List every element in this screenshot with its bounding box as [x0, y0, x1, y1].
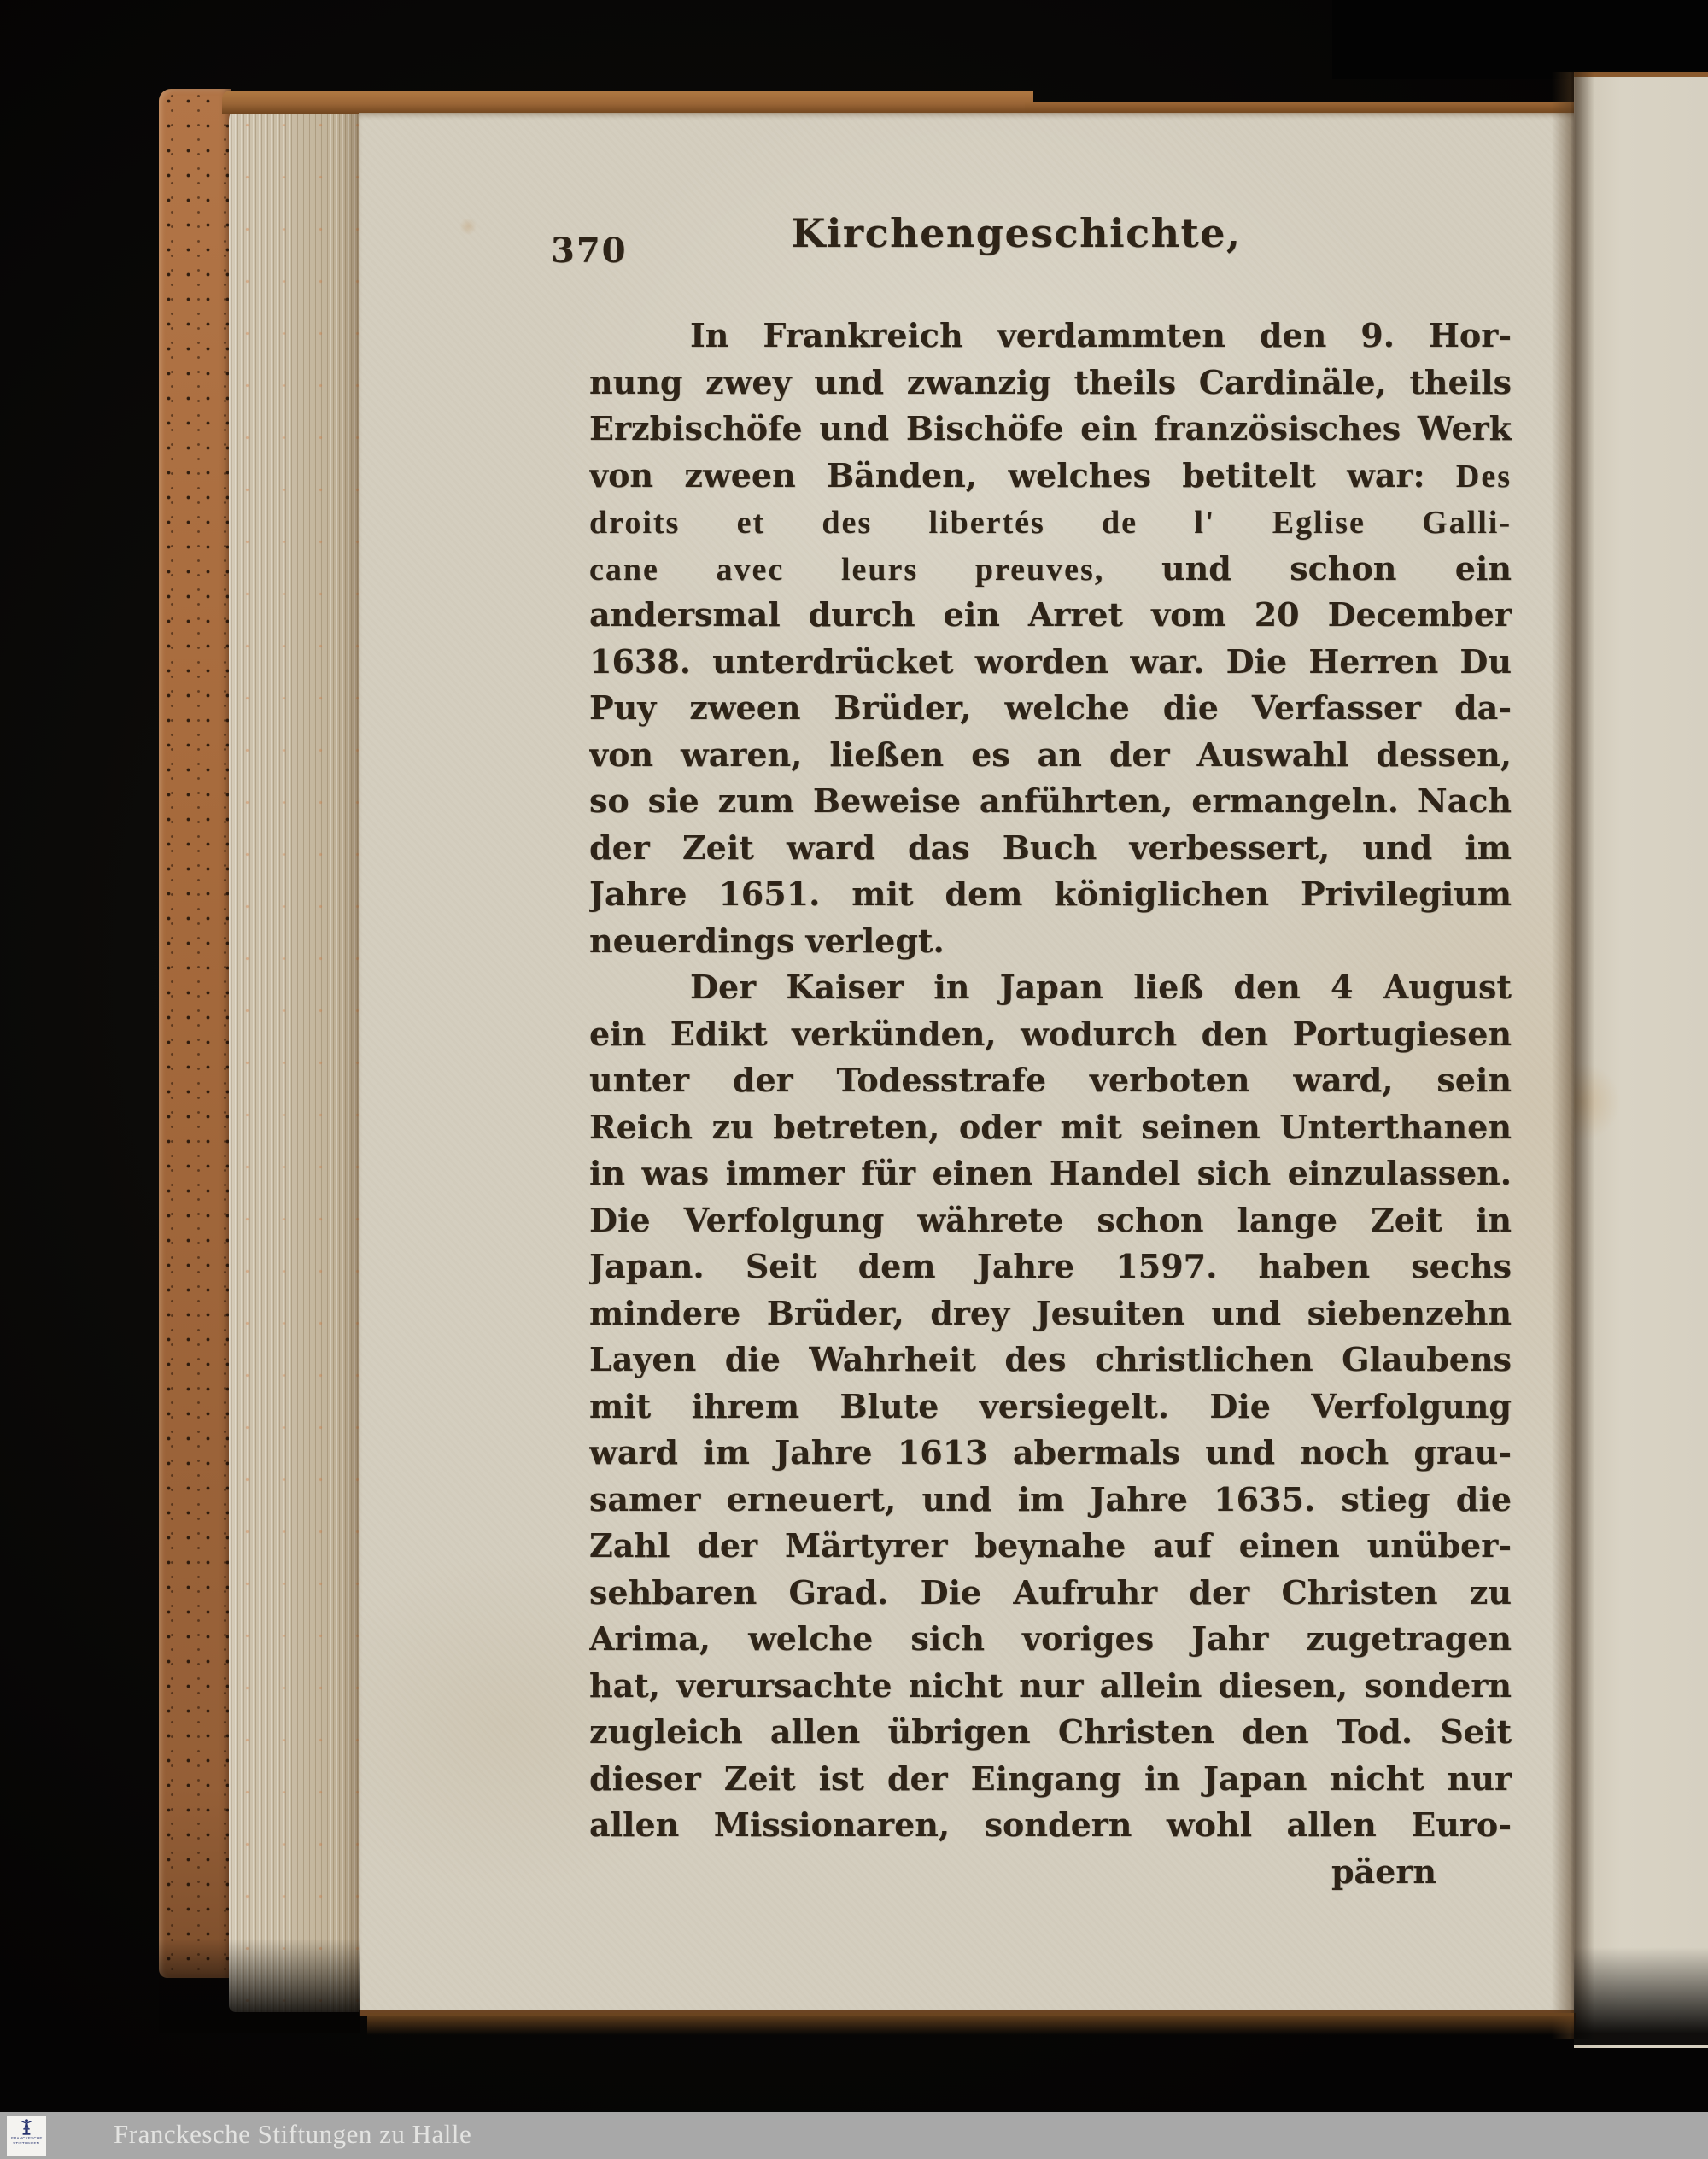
text-line: cane avec leurs preuves, und schon ein	[589, 546, 1512, 593]
text-line: mit ihrem Blute versiegelt. Die Verfolgu…	[589, 1384, 1512, 1431]
fraktur-type-segment: Layen die Wahrheit des christlichen Glau…	[589, 1340, 1512, 1378]
text-line: Arima, welche sich voriges Jahr zugetrag…	[589, 1616, 1512, 1663]
logo-text-line1: FRANCKESCHE	[11, 2137, 42, 2141]
roman-type-segment: cane avec leurs preuves,	[589, 552, 1161, 588]
text-line: Layen die Wahrheit des christlichen Glau…	[589, 1337, 1512, 1384]
text-line: von waren, ließen es an der Auswahl dess…	[589, 732, 1512, 779]
text-line: Japan. Seit dem Jahre 1597. haben sechs	[589, 1243, 1512, 1290]
fraktur-type-segment: dieser Zeit ist der Eingang in Japan nic…	[589, 1759, 1512, 1798]
roman-type-segment: Des	[1456, 459, 1512, 494]
text-line: Die Verfolgung währete schon lange Zeit …	[589, 1197, 1512, 1244]
text-line: 1638. unterdrücket worden war. Die Herre…	[589, 639, 1512, 686]
fraktur-type-segment: sehbaren Grad. Die Aufruhr der Christen …	[589, 1573, 1512, 1612]
fraktur-type-segment: hat, verursachte nicht nur allein diesen…	[589, 1666, 1512, 1705]
text-line: Der Kaiser in Japan ließ den 4 August	[589, 964, 1512, 1011]
fraktur-type-segment: Puy zween Brüder, welche die Verfasser d…	[589, 688, 1512, 727]
text-line: Puy zween Brüder, welche die Verfasser d…	[589, 685, 1512, 732]
text-line: dieser Zeit ist der Eingang in Japan nic…	[589, 1756, 1512, 1803]
fraktur-type-segment: In Frankreich verdammten den 9. Hor-	[690, 316, 1512, 354]
text-line: so sie zum Beweise anführten, ermangeln.…	[589, 778, 1512, 825]
institution-logo: FRANCKESCHE STIFTUNGEN	[7, 2116, 46, 2156]
text-line: Zahl der Märtyrer beynahe auf einen unüb…	[589, 1523, 1512, 1570]
text-line: mindere Brüder, drey Jesuiten und sieben…	[589, 1290, 1512, 1337]
text-line: von zween Bänden, welches betitelt war: …	[589, 453, 1512, 500]
fraktur-type-segment: ward im Jahre 1613 abermals und noch gra…	[589, 1433, 1512, 1472]
fraktur-type-segment: unter der Todesstrafe verboten ward, sei…	[589, 1061, 1512, 1099]
page-fore-edge-stack	[229, 99, 359, 2012]
book-scan-viewer: 370 Kirchengeschichte, In Frankreich ver…	[0, 0, 1708, 2159]
fraktur-type-segment: Zahl der Märtyrer beynahe auf einen unüb…	[589, 1526, 1512, 1565]
body-text: In Frankreich verdammten den 9. Hor-nung…	[589, 313, 1512, 1895]
page-bottom-shadow	[367, 2013, 1576, 2035]
text-line: In Frankreich verdammten den 9. Hor-	[589, 313, 1512, 360]
text-line: hat, verursachte nicht nur allein diesen…	[589, 1663, 1512, 1710]
text-line: unter der Todesstrafe verboten ward, sei…	[589, 1057, 1512, 1104]
fraktur-type-segment: Erzbischöfe und Bischöfe ein französisch…	[589, 409, 1512, 448]
text-line: allen Missionaren, sondern wohl allen Eu…	[589, 1802, 1512, 1849]
text-line: in was immer für einen Handel sich einzu…	[589, 1150, 1512, 1197]
fraktur-type-segment: andersmal durch ein Arret vom 20 Decembe…	[589, 595, 1512, 634]
book-top-edge	[222, 91, 1033, 114]
fraktur-type-segment: und schon ein	[1161, 549, 1512, 588]
fraktur-type-segment: Japan. Seit dem Jahre 1597. haben sechs	[589, 1247, 1512, 1285]
text-line: samer erneuert, und im Jahre 1635. stieg…	[589, 1477, 1512, 1524]
book-page: 370 Kirchengeschichte, In Frankreich ver…	[359, 113, 1574, 2016]
fraktur-type-segment: von zween Bänden, welches betitelt war:	[589, 456, 1456, 494]
text-line: ein Edikt verkünden, wodurch den Portugi…	[589, 1011, 1512, 1058]
institution-label: Franckesche Stiftungen zu Halle	[114, 2119, 471, 2150]
text-line: andersmal durch ein Arret vom 20 Decembe…	[589, 592, 1512, 639]
fraktur-type-segment: Der Kaiser in Japan ließ den 4 August	[690, 968, 1512, 1006]
fraktur-type-segment: allen Missionaren, sondern wohl allen Eu…	[589, 1805, 1512, 1844]
gutter-bottom-shadow	[1574, 1947, 1708, 2045]
fraktur-type-segment: neuerdings verlegt.	[589, 922, 945, 960]
fraktur-type-segment: der Zeit ward das Buch verbessert, und i…	[589, 828, 1512, 867]
fraktur-type-segment: Die Verfolgung währete schon lange Zeit …	[589, 1201, 1512, 1239]
fraktur-type-segment: mindere Brüder, drey Jesuiten und sieben…	[589, 1294, 1512, 1332]
fraktur-type-segment: ein Edikt verkünden, wodurch den Portugi…	[589, 1015, 1512, 1053]
roman-type-segment: droits et des libertés de l' Eglise Gall…	[589, 505, 1512, 541]
fraktur-type-segment: nung zwey und zwanzig theils Cardinäle, …	[589, 363, 1512, 401]
text-line: sehbaren Grad. Die Aufruhr der Christen …	[589, 1570, 1512, 1617]
gutter-crease	[1552, 72, 1594, 2039]
fraktur-type-segment: in was immer für einen Handel sich einzu…	[589, 1154, 1512, 1192]
fraktur-type-segment: zugleich allen übrigen Christen den Tod.…	[589, 1712, 1512, 1751]
fraktur-type-segment: Arima, welche sich voriges Jahr zugetrag…	[589, 1619, 1512, 1658]
fraktur-type-segment: Jahre 1651. mit dem königlichen Privileg…	[589, 875, 1512, 913]
fraktur-type-segment: samer erneuert, und im Jahre 1635. stieg…	[589, 1480, 1512, 1518]
text-line: droits et des libertés de l' Eglise Gall…	[589, 499, 1512, 546]
text-line: der Zeit ward das Buch verbessert, und i…	[589, 825, 1512, 872]
logo-emblem-icon	[18, 2118, 35, 2137]
fraktur-type-segment: so sie zum Beweise anführten, ermangeln.…	[589, 781, 1512, 820]
logo-text-line2: STIFTUNGEN	[13, 2142, 39, 2146]
running-header: Kirchengeschichte,	[555, 210, 1477, 256]
text-line: zugleich allen übrigen Christen den Tod.…	[589, 1709, 1512, 1756]
text-line: Jahre 1651. mit dem königlichen Privileg…	[589, 871, 1512, 918]
fraktur-type-segment: mit ihrem Blute versiegelt. Die Verfolgu…	[589, 1387, 1512, 1425]
text-line: ward im Jahre 1613 abermals und noch gra…	[589, 1430, 1512, 1477]
text-line: nung zwey und zwanzig theils Cardinäle, …	[589, 360, 1512, 407]
fraktur-type-segment: Reich zu betreten, oder mit seinen Unter…	[589, 1108, 1512, 1146]
text-line: Erzbischöfe und Bischöfe ein französisch…	[589, 406, 1512, 453]
backdrop-seam	[1332, 0, 1708, 79]
book-cover-edge	[159, 89, 231, 1978]
text-line: neuerdings verlegt.	[589, 918, 1512, 965]
fore-edge-bottom-shadow	[159, 1939, 360, 2033]
fraktur-type-segment: von waren, ließen es an der Auswahl dess…	[589, 735, 1512, 774]
fraktur-type-segment: 1638. unterdrücket worden war. Die Herre…	[589, 642, 1512, 681]
text-line: Reich zu betreten, oder mit seinen Unter…	[589, 1104, 1512, 1151]
catchword: päern	[589, 1849, 1512, 1896]
